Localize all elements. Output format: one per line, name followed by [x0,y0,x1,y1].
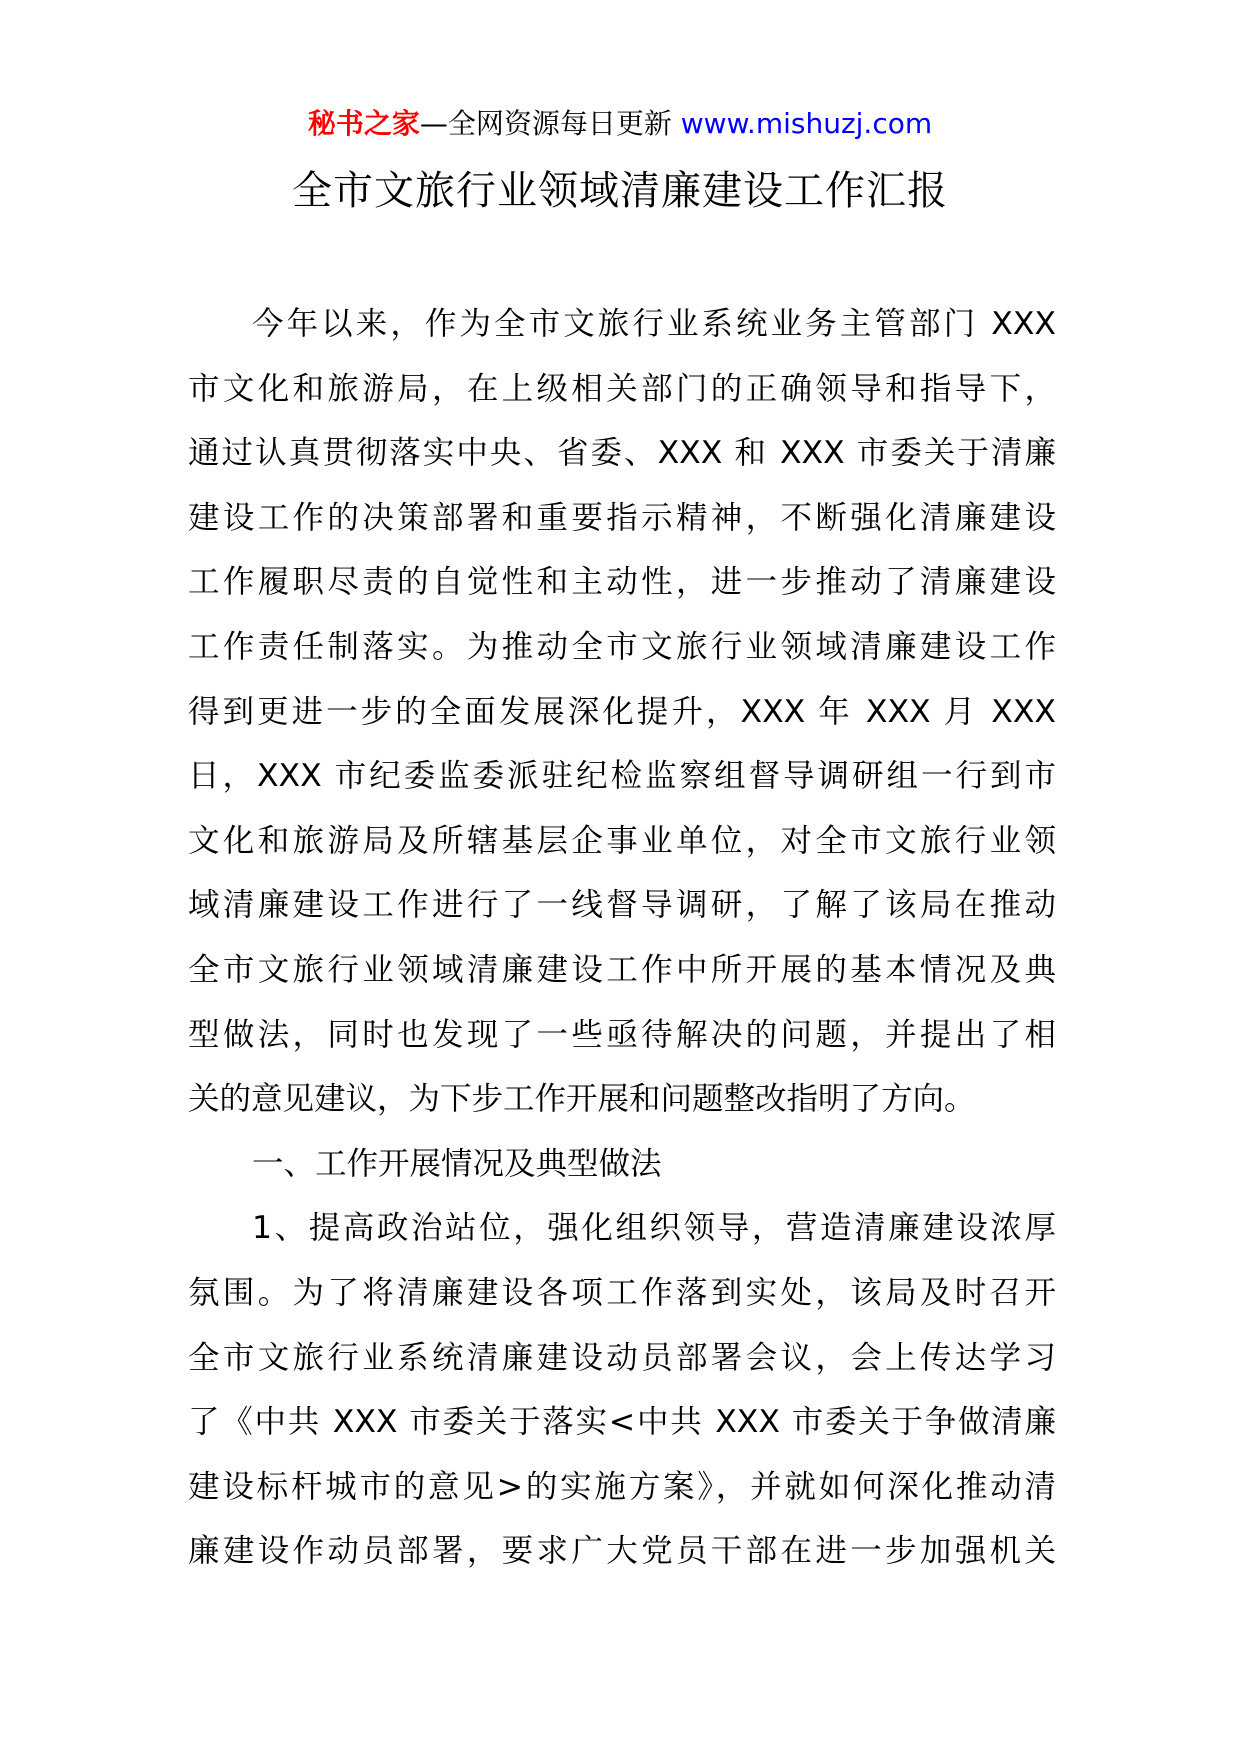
brand-name: 秘书之家 [308,107,420,140]
paragraph-line: 得到更进一步的全面发展深化提升，XXX 年 XXX 月 XXX [188,680,1056,745]
paragraph-line: 全市文旅行业领域清廉建设工作中所开展的基本情况及典 [188,938,1056,1003]
paragraph-line: 廉建设作动员部署，要求广大党员干部在进一步加强机关 [188,1519,1056,1584]
paragraph-line: 域清廉建设工作进行了一线督导调研，了解了该局在推动 [188,873,1056,938]
paragraph-line: 关的意见建议，为下步工作开展和问题整改指明了方向。 [188,1067,1056,1132]
paragraph-line: 工作责任制落实。为推动全市文旅行业领域清廉建设工作 [188,615,1056,680]
header-tagline: —全网资源每日更新 [420,107,681,140]
paragraph-line: 工作履职尽责的自觉性和主动性，进一步推动了清廉建设 [188,550,1056,615]
paragraph-line: 型做法，同时也发现了一些亟待解决的问题，并提出了相 [188,1003,1056,1068]
document-body: 今年以来，作为全市文旅行业系统业务主管部门 XXX 市文化和旅游局，在上级相关部… [188,292,1056,1584]
paragraph-line: 全市文旅行业系统清廉建设动员部署会议，会上传达学习 [188,1326,1056,1391]
website-link[interactable]: www.mishuzj.com [681,107,932,140]
document-title: 全市文旅行业领域清廉建设工作汇报 [0,163,1240,219]
paragraph-line: 文化和旅游局及所辖基层企事业单位，对全市文旅行业领 [188,809,1056,874]
paragraph-line: 日，XXX 市纪委监委派驻纪检监察组督导调研组一行到市 [188,744,1056,809]
paragraph-line: 氛围。为了将清廉建设各项工作落到实处，该局及时召开 [188,1261,1056,1326]
paragraph-line: 1、提高政治站位，强化组织领导，营造清廉建设浓厚 [188,1196,1056,1261]
section-heading: 一、工作开展情况及典型做法 [188,1132,1056,1197]
paragraph-line: 了《中共 XXX 市委关于落实<中共 XXX 市委关于争做清廉 [188,1390,1056,1455]
paragraph-line: 通过认真贯彻落实中央、省委、XXX 和 XXX 市委关于清廉 [188,421,1056,486]
paragraph-line: 建设工作的决策部署和重要指示精神，不断强化清廉建设 [188,486,1056,551]
paragraph-line: 市文化和旅游局，在上级相关部门的正确领导和指导下， [188,357,1056,422]
watermark-header: 秘书之家—全网资源每日更新 www.mishuzj.com [0,104,1240,144]
paragraph-line: 今年以来，作为全市文旅行业系统业务主管部门 XXX [188,292,1056,357]
paragraph-line: 建设标杆城市的意见>的实施方案》，并就如何深化推动清 [188,1455,1056,1520]
